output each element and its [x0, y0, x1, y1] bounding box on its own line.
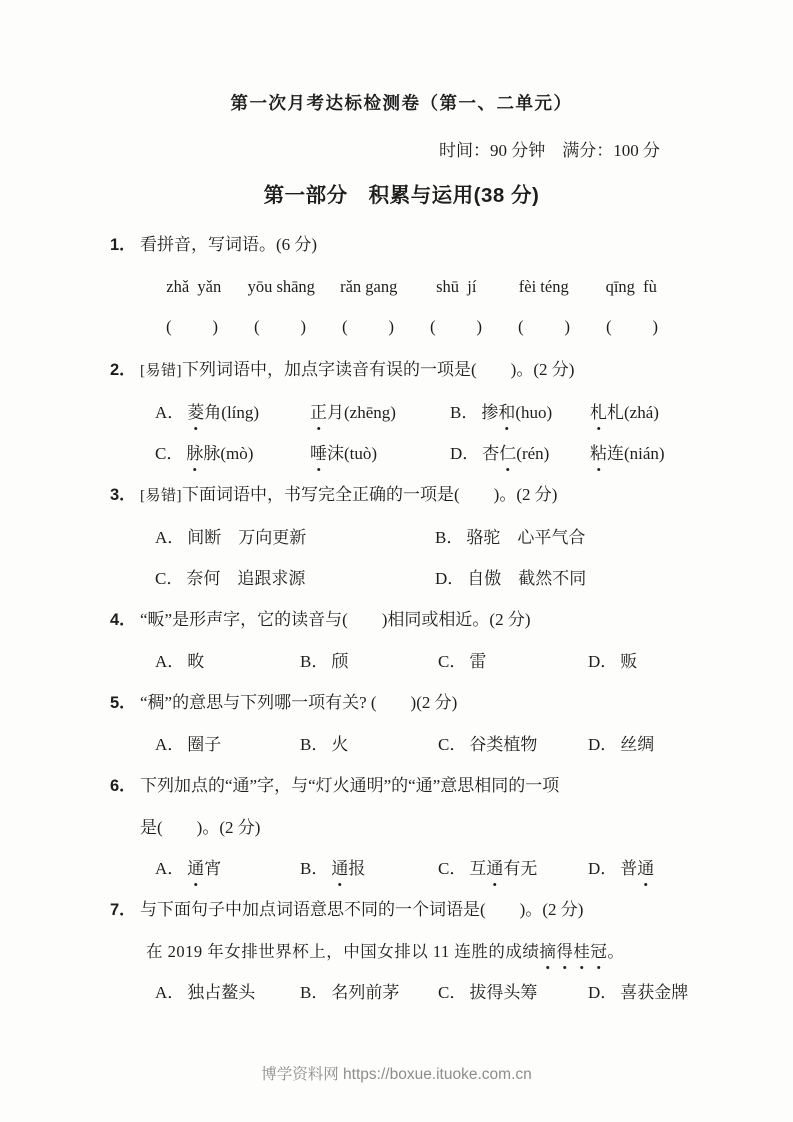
option-cell: 正月(zhēng) [310, 399, 450, 426]
emphasis-dot-char: 通 [486, 855, 503, 882]
text-run: 角(líng) [204, 403, 259, 422]
option-cell: D．普通 [588, 855, 693, 882]
bracket-open: ( [606, 313, 612, 340]
option-letter: D． [588, 652, 617, 671]
text-run: 喜获金牌 [620, 983, 688, 1002]
question-3: 3．[易错]下面词语中，书写完全正确的一项是( )。(2 分)A．间断 万向更新… [110, 481, 693, 592]
answer-bracket: () [236, 313, 324, 340]
option-letter: B． [435, 528, 463, 547]
option-cell: 粘连(nián) [590, 440, 693, 467]
option-letter: A． [155, 528, 184, 547]
option-letter: D． [588, 983, 617, 1002]
option-letter: B． [300, 735, 328, 754]
emphasis-dot-char: 仁 [499, 440, 516, 467]
bracket-pair: () [166, 313, 218, 340]
bracket-close: ) [212, 313, 218, 340]
error-prone-tag: [易错] [140, 363, 182, 379]
option-letter: A． [155, 983, 184, 1002]
option-cell: 札札(zhá) [590, 399, 693, 426]
option-cell: A．间断 万向更新 [155, 524, 435, 551]
option-letter: A． [155, 735, 184, 754]
exam-page: 第一次月考达标检测卷（第一、二单元） 时间：90 分钟 满分：100 分 第一部… [0, 0, 793, 1122]
text-run: 连(nián) [607, 444, 665, 463]
text-run: 有无 [503, 859, 537, 878]
bracket-pair: () [606, 313, 658, 340]
emphasis-dot-char: 唾 [310, 440, 327, 467]
question-6-stem-cont: 是( )。(2 分) [140, 814, 693, 841]
option-cell: A．独占鳌头 [155, 979, 300, 1006]
option-cell: B．掺和(huo) [450, 399, 590, 426]
text-run: 月(zhēng) [327, 403, 396, 422]
option-letter: B． [300, 652, 328, 671]
question-6: 6．下列加点的“通”字，与“灯火通明”的“通”意思相同的一项是( )。(2 分)… [110, 772, 693, 882]
answer-bracket: () [324, 313, 412, 340]
pinyin-word: zhǎ yǎn [150, 273, 238, 300]
option-letter: D． [450, 444, 479, 463]
text-run: 骆驼 心平气合 [466, 528, 585, 547]
text-run: (rén) [516, 444, 549, 463]
option-cell: B．颀 [300, 648, 438, 675]
emphasis-dot-char: 桂 [573, 938, 590, 965]
option-letter: C． [438, 652, 466, 671]
options-row: A．独占鳌头B．名列前茅C．拔得头筹D．喜获金牌 [155, 979, 693, 1006]
text-run: 畋 [187, 652, 204, 671]
option-letter: B． [450, 403, 478, 422]
footer-watermark: 博学资料网 https://boxue.ituoke.com.cn [0, 1062, 793, 1084]
bracket-close: ) [300, 313, 306, 340]
text-run: 脉(mò) [203, 444, 253, 463]
pinyin-word: qīng fù [588, 273, 676, 300]
bracket-pair: () [430, 313, 482, 340]
option-cell: 唾沫(tuò) [310, 440, 450, 467]
example-sentence: 在 2019 年女排世界杯上，中国女排以 11 连胜的成绩摘得桂冠。 [146, 938, 693, 965]
option-letter: C． [438, 983, 466, 1002]
bracket-pair: () [518, 313, 570, 340]
question-5-stem: 5．“稠”的意思与下列哪一项有关? ( )(2 分) [110, 689, 693, 717]
option-letter: B． [300, 983, 328, 1002]
question-text: 下列词语中，加点字读音有误的一项是( )。(2 分) [182, 360, 574, 379]
question-7-stem: 7．与下面句子中加点词语意思不同的一个词语是( )。(2 分) [110, 896, 693, 924]
text-run: 拔得头筹 [469, 983, 537, 1002]
option-letter: D． [588, 859, 617, 878]
emphasis-dot-char: 通 [331, 855, 348, 882]
question-1-stem: 1．看拼音，写词语。(6 分) [110, 231, 693, 259]
bracket-open: ( [430, 313, 436, 340]
question-2: 2．[易错]下列词语中，加点字读音有误的一项是( )。(2 分)A．菱角(lín… [110, 356, 693, 467]
text-run: 杏 [482, 444, 499, 463]
question-4-stem: 4．“畈”是形声字，它的读音与( )相同或相近。(2 分) [110, 606, 693, 634]
emphasis-dot-char: 脉 [186, 440, 203, 467]
option-cell: D．杏仁(rén) [450, 440, 590, 467]
option-letter: C． [155, 569, 183, 588]
options-row: A．畋B．颀C．雷D．贩 [155, 648, 693, 675]
option-letter: A． [155, 859, 184, 878]
option-cell: D．喜获金牌 [588, 979, 693, 1006]
text-run: 雷 [469, 652, 486, 671]
emphasis-dot-char: 菱 [187, 399, 204, 426]
option-cell: C．拔得头筹 [438, 979, 588, 1006]
bracket-pair: () [254, 313, 306, 340]
bracket-close: ) [652, 313, 658, 340]
question-number: 7． [110, 897, 140, 924]
options-row: C．奈何 追跟求源D．自傲 截然不同 [155, 565, 693, 592]
question-7: 7．与下面句子中加点词语意思不同的一个词语是( )。(2 分)在 2019 年女… [110, 896, 693, 1006]
text-run: 奈何 追跟求源 [186, 569, 305, 588]
question-number: 2． [110, 357, 140, 384]
question-3-stem: 3．[易错]下面词语中，书写完全正确的一项是( )。(2 分) [110, 481, 693, 510]
options-row: C．脉脉(mò)唾沫(tuò)D．杏仁(rén)粘连(nián) [155, 440, 693, 467]
question-text: 与下面句子中加点词语意思不同的一个词语是( )。(2 分) [140, 900, 583, 919]
emphasis-dot-char: 通 [637, 855, 654, 882]
answer-bracket: () [412, 313, 500, 340]
option-letter: A． [155, 652, 184, 671]
option-cell: B．骆驼 心平气合 [435, 524, 693, 551]
text-run: 间断 万向更新 [187, 528, 306, 547]
option-letter: B． [300, 859, 328, 878]
question-4: 4．“畈”是形声字，它的读音与( )相同或相近。(2 分)A．畋B．颀C．雷D．… [110, 606, 693, 675]
emphasis-dot-char: 粘 [590, 440, 607, 467]
bracket-close: ) [564, 313, 570, 340]
option-cell: A．圈子 [155, 731, 300, 758]
emphasis-dot-char: 冠 [590, 938, 607, 965]
emphasis-dot-char: 摘 [539, 938, 556, 965]
pinyin-word: shū jí [413, 273, 501, 300]
options-row: A．间断 万向更新B．骆驼 心平气合 [155, 524, 693, 551]
option-cell: B．火 [300, 731, 438, 758]
options-row: A．通宵B．通报C．互通有无D．普通 [155, 855, 693, 882]
option-letter: D． [588, 735, 617, 754]
text-run: 互 [469, 859, 486, 878]
emphasis-dot-char: 札 [590, 399, 607, 426]
text-run: 独占鳌头 [187, 983, 255, 1002]
question-number: 5． [110, 690, 140, 717]
question-number: 3． [110, 482, 140, 509]
option-cell: C．脉脉(mò) [155, 440, 310, 467]
text-run: 名列前茅 [331, 983, 399, 1002]
emphasis-dot-char: 正 [310, 399, 327, 426]
text-run: 宵 [204, 859, 221, 878]
question-number: 6． [110, 773, 140, 800]
text-run: 颀 [331, 652, 348, 671]
question-number: 4． [110, 607, 140, 634]
option-letter: C． [155, 444, 183, 463]
text-run: 掺 [481, 403, 498, 422]
bracket-close: ) [476, 313, 482, 340]
answer-bracket: () [148, 313, 236, 340]
option-cell: D．自傲 截然不同 [435, 565, 693, 592]
pinyin-word: fèi téng [500, 273, 588, 300]
text-run: 丝绸 [620, 735, 654, 754]
question-2-stem: 2．[易错]下列词语中，加点字读音有误的一项是( )。(2 分) [110, 356, 693, 385]
text-run: (huo) [515, 403, 552, 422]
error-prone-tag: [易错] [140, 488, 182, 504]
option-letter: C． [438, 735, 466, 754]
bracket-open: ( [254, 313, 260, 340]
option-cell: C．互通有无 [438, 855, 588, 882]
time-score-line: 时间：90 分钟 满分：100 分 [110, 138, 693, 164]
text-run: 贩 [620, 652, 637, 671]
question-6-stem: 6．下列加点的“通”字，与“灯火通明”的“通”意思相同的一项 [110, 772, 693, 800]
answer-bracket: () [588, 313, 676, 340]
text-run: 报 [348, 859, 365, 878]
option-cell: C．奈何 追跟求源 [155, 565, 435, 592]
bracket-open: ( [518, 313, 524, 340]
question-text: 下面词语中，书写完全正确的一项是( )。(2 分) [182, 485, 557, 504]
text-run: 。 [607, 942, 624, 961]
emphasis-dot-char: 得 [556, 938, 573, 965]
option-cell: A．通宵 [155, 855, 300, 882]
text-run: 沫(tuò) [327, 444, 377, 463]
option-letter: C． [438, 859, 466, 878]
bracket-pair: () [342, 313, 394, 340]
option-letter: D． [435, 569, 464, 588]
questions-list: 2．[易错]下列词语中，加点字读音有误的一项是( )。(2 分)A．菱角(lín… [110, 356, 693, 1006]
text-run: 谷类植物 [469, 735, 537, 754]
answer-brackets-row: ()()()()()() [148, 313, 676, 340]
question-text: “畈”是形声字，它的读音与( )相同或相近。(2 分) [140, 610, 531, 629]
pinyin-word: yōu shāng [238, 273, 326, 300]
bracket-open: ( [342, 313, 348, 340]
option-cell: D．丝绸 [588, 731, 693, 758]
option-cell: B．通报 [300, 855, 438, 882]
emphasis-dot-char: 和 [498, 399, 515, 426]
bracket-open: ( [166, 313, 172, 340]
option-letter: A． [155, 403, 184, 422]
option-cell: A．菱角(líng) [155, 399, 310, 426]
question-5: 5．“稠”的意思与下列哪一项有关? ( )(2 分)A．圈子B．火C．谷类植物D… [110, 689, 693, 758]
text-run: 火 [331, 735, 348, 754]
question-text: “稠”的意思与下列哪一项有关? ( )(2 分) [140, 693, 457, 712]
option-cell: A．畋 [155, 648, 300, 675]
pinyin-row: zhǎ yǎnyōu shāngrǎn gangshū jífèi téngqī… [150, 273, 675, 300]
text-run: 札(zhá) [607, 403, 659, 422]
bracket-close: ) [388, 313, 394, 340]
emphasis-dot-char: 通 [187, 855, 204, 882]
question-text: 下列加点的“通”字，与“灯火通明”的“通”意思相同的一项 [140, 776, 559, 795]
option-cell: D．贩 [588, 648, 693, 675]
option-cell: C．谷类植物 [438, 731, 588, 758]
option-cell: C．雷 [438, 648, 588, 675]
text-run: 在 2019 年女排世界杯上，中国女排以 11 连胜的成绩 [146, 942, 539, 961]
question-text: 看拼音，写词语。(6 分) [140, 235, 317, 254]
options-row: A．菱角(líng)正月(zhēng)B．掺和(huo)札札(zhá) [155, 399, 693, 426]
options-row: A．圈子B．火C．谷类植物D．丝绸 [155, 731, 693, 758]
answer-bracket: () [500, 313, 588, 340]
section-header: 第一部分 积累与运用(38 分) [110, 181, 693, 211]
paper-title: 第一次月考达标检测卷（第一、二单元） [110, 90, 693, 116]
question-number: 1． [110, 232, 140, 259]
option-cell: B．名列前茅 [300, 979, 438, 1006]
pinyin-word: rǎn gang [325, 273, 413, 300]
question-1: 1．看拼音，写词语。(6 分) zhǎ yǎnyōu shāngrǎn gang… [110, 231, 693, 340]
text-run: 普 [620, 859, 637, 878]
text-run: 圈子 [187, 735, 221, 754]
text-run: 自傲 截然不同 [467, 569, 586, 588]
